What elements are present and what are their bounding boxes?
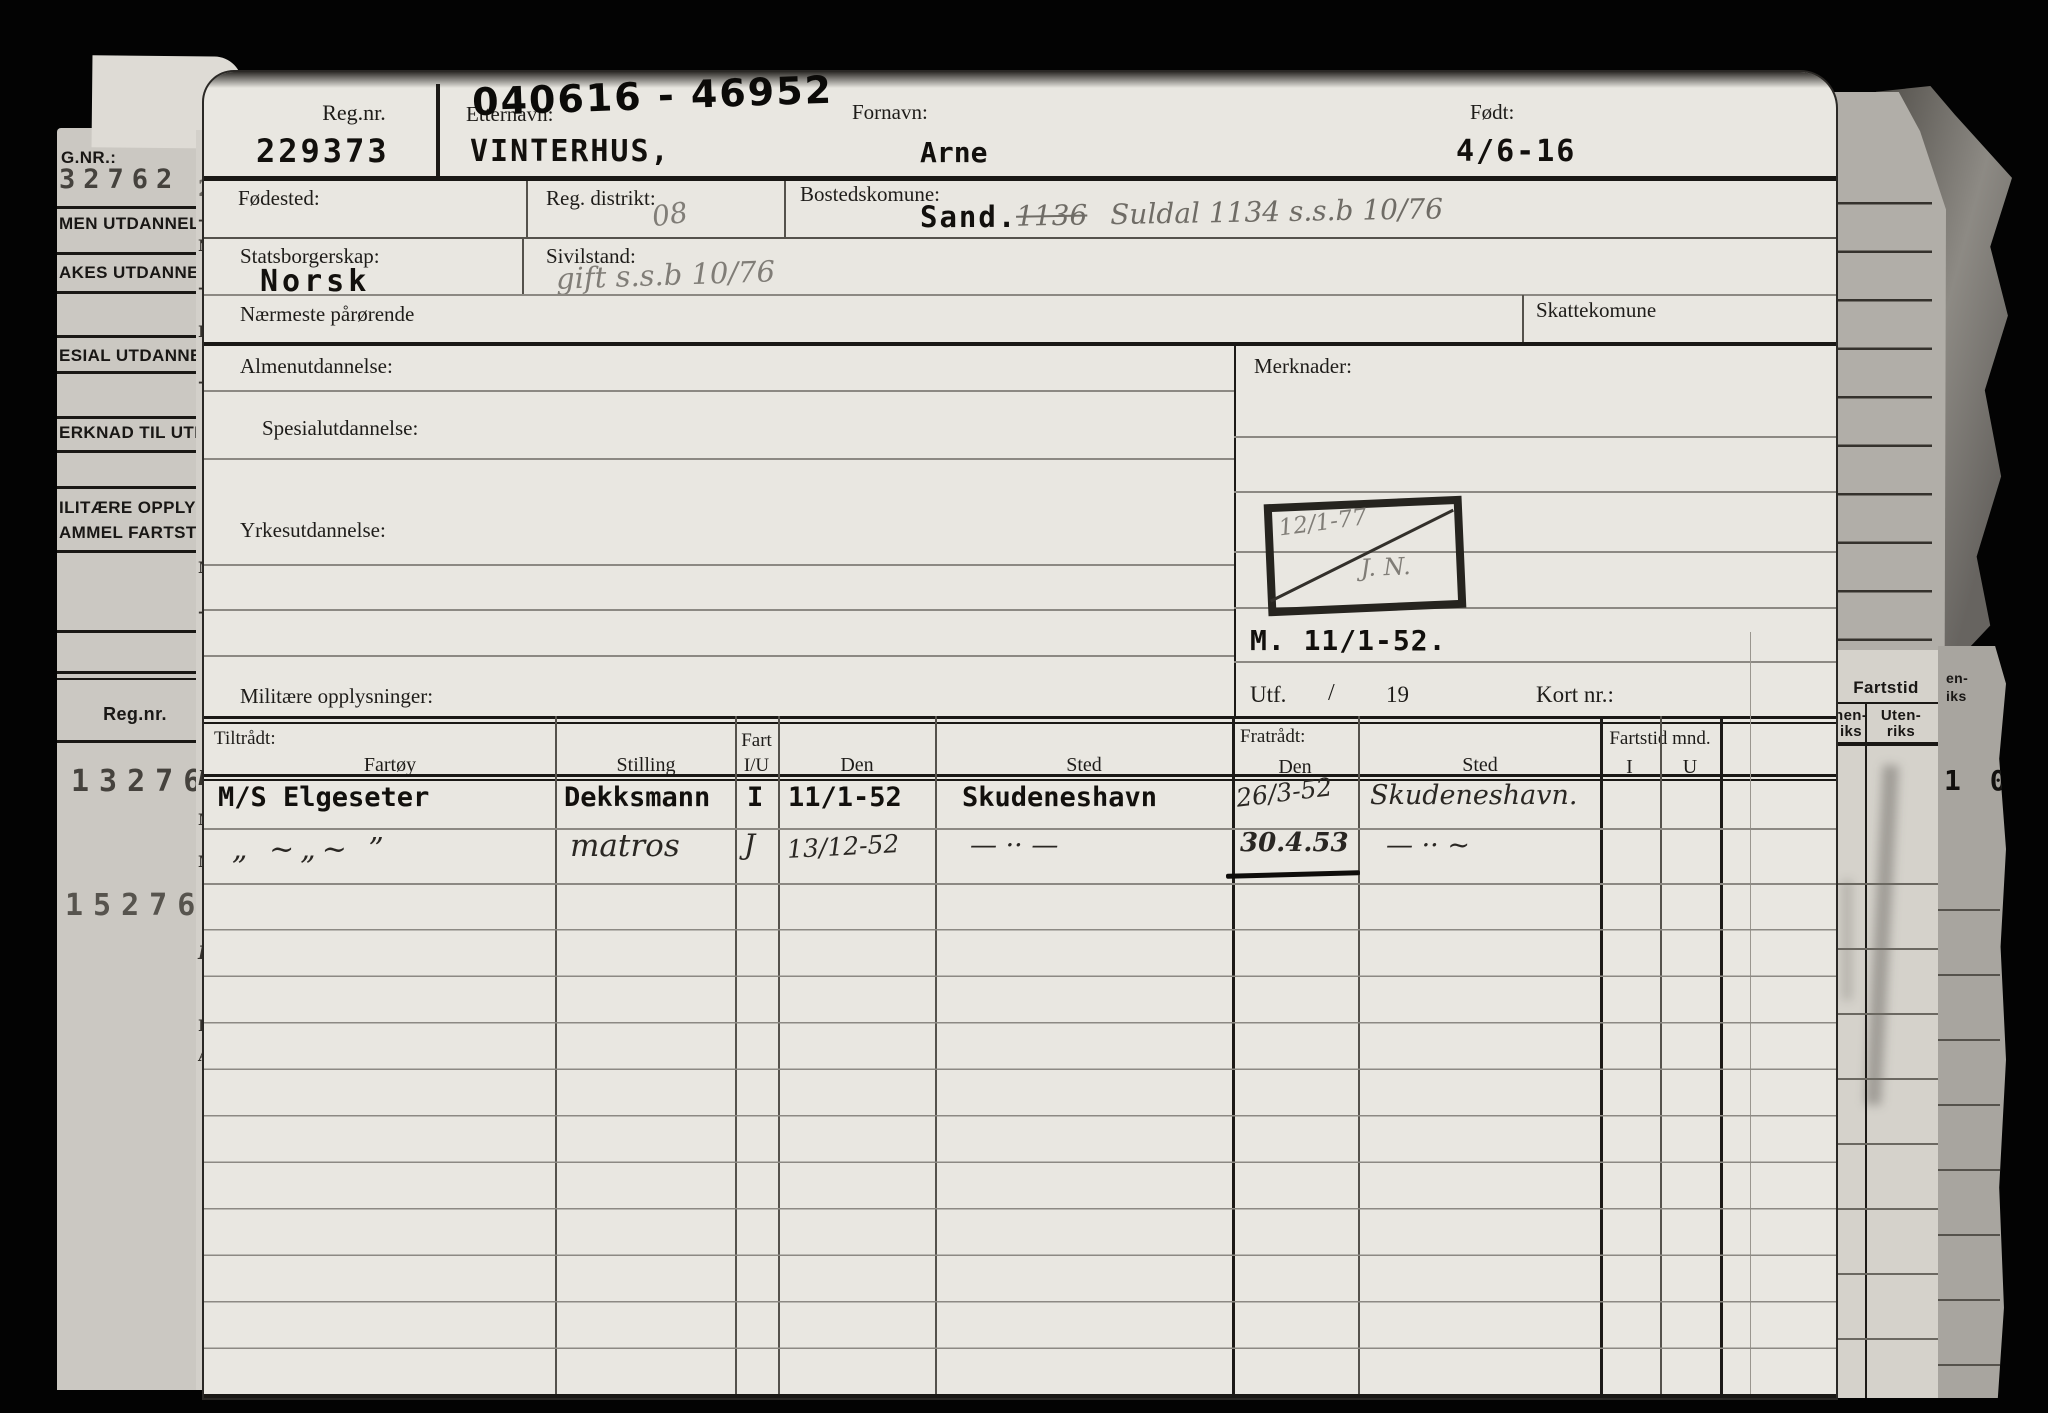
utf-label: Utf. xyxy=(1250,682,1286,708)
rule-line xyxy=(57,671,213,674)
cancelled-stamp-box: 12/1-77 J. N. xyxy=(1264,496,1467,617)
parorende-label: Nærmeste pårørende xyxy=(240,302,414,327)
cut-label: MEN UTDANNELS xyxy=(59,214,212,234)
sivilstand-value: gift s.s.b 10/76 xyxy=(555,254,775,296)
column-divider xyxy=(522,238,524,294)
card-bottom-edge xyxy=(204,1394,1836,1398)
struck-number: 1136 xyxy=(1016,198,1088,232)
rule-line xyxy=(204,294,1836,296)
handwritten-overwrite-number: 040616 - 46952 xyxy=(471,72,833,124)
reg-distrikt-label: Reg. distrikt: xyxy=(546,186,656,211)
rule-line xyxy=(1834,742,1938,746)
cut-label: AMMEL FARTSTID: xyxy=(59,523,213,543)
rule-line xyxy=(204,390,1234,392)
rule-line xyxy=(57,450,213,453)
rule-line xyxy=(204,774,1836,777)
cut-label: en- xyxy=(1946,670,1968,686)
yrkesutdannelse-label: Yrkesutdannelse: xyxy=(240,518,386,543)
skattekomune-label: Skattekomune xyxy=(1536,298,1656,323)
utenriks-column-label: Uten- riks xyxy=(1870,708,1932,740)
rule-line xyxy=(204,655,1234,657)
rule-line xyxy=(204,176,1836,181)
underlying-card-left: G.NR.: 32762 MEN UTDANNELS AKES UTDANNEL… xyxy=(57,128,213,1390)
cell-fartoy: „ ~„~ ” xyxy=(232,832,390,867)
column-divider xyxy=(1522,295,1524,343)
almenutdannelse-label: Almenutdannelse: xyxy=(240,354,393,379)
rule-line xyxy=(57,291,213,294)
merknad-entry: M. 11/1-52. xyxy=(1250,624,1446,657)
cell-fart: J xyxy=(744,828,755,861)
rule-line xyxy=(57,335,213,338)
fart-column-header: Fart xyxy=(735,730,778,752)
ruled-lines xyxy=(1834,820,1938,1398)
rule-line xyxy=(204,779,1836,781)
stamp-number: 15276 xyxy=(65,888,205,923)
fodt-label: Født: xyxy=(1470,100,1514,125)
ruled-lines xyxy=(1938,846,2000,1398)
seaman-register-card: Reg.nr. 229373 Etternavn: 040616 - 46952… xyxy=(204,72,1836,1398)
rule-line xyxy=(1834,702,1938,704)
cut-label: AKES UTDANNELSE xyxy=(59,263,213,283)
rule-line xyxy=(204,237,1836,239)
regnr-label: Reg.nr. xyxy=(57,704,213,725)
underlying-card-fartstid: Fartstid nen- iks Uten- riks xyxy=(1834,650,1938,1398)
rule-line xyxy=(204,458,1234,460)
cell-fartoy: M/S Elgeseter xyxy=(218,782,429,813)
cell-den: 13/12-52 xyxy=(786,829,900,864)
utf-slash: / xyxy=(1328,680,1335,707)
cut-label: iks xyxy=(1946,688,1967,704)
stamp-initials: J. N. xyxy=(1360,552,1411,582)
stamp-number: 13276 xyxy=(71,764,211,799)
stamp-date: 12/1-77 xyxy=(1277,504,1368,541)
rule-line xyxy=(57,550,213,553)
rule-line xyxy=(204,609,1234,611)
cell-fratradt-den: 30.4.53 xyxy=(1240,828,1349,858)
fodt-value: 4/6-16 xyxy=(1456,134,1576,169)
rule-line xyxy=(204,716,1836,719)
cut-label: ESIAL UTDANNELS xyxy=(59,346,213,366)
rule-line xyxy=(204,564,1234,566)
tiltradt-label: Tiltrådt: xyxy=(214,728,276,750)
hand-drawn-underline xyxy=(1226,870,1360,879)
utf-year: 19 xyxy=(1386,682,1409,708)
rule-line xyxy=(57,630,213,633)
fartstid-header: Fartstid xyxy=(1834,678,1938,698)
rule-line xyxy=(1234,661,1836,663)
rule-line xyxy=(57,678,213,680)
cell-stilling: Dekksmann xyxy=(564,782,710,813)
column-divider xyxy=(526,181,528,237)
cut-label: ERKNAD TIL UTDA xyxy=(59,423,213,443)
fornavn-value: Arne xyxy=(920,136,987,169)
rule-line xyxy=(57,416,213,419)
rule-line xyxy=(204,342,1836,346)
bostedskomune-label: Bostedskomune: xyxy=(800,182,940,207)
rule-line xyxy=(57,252,213,255)
spesialutdannelse-label: Spesialutdannelse: xyxy=(262,416,418,441)
cell-stilling: matros xyxy=(570,828,680,864)
rule-line xyxy=(57,371,213,374)
cell-fart: I xyxy=(747,782,763,813)
reg-distrikt-value: 08 xyxy=(650,196,690,234)
rule-line xyxy=(1234,491,1836,493)
rule-line xyxy=(57,206,213,209)
column-divider xyxy=(784,181,786,237)
regnr-value: 229373 xyxy=(256,132,390,170)
cut-label: ILITÆRE OPPLYSNI xyxy=(59,498,213,518)
rule-line xyxy=(57,486,213,489)
underlying-card-fragment: en- iks 1 0 xyxy=(1938,646,2006,1398)
fodested-label: Fødested: xyxy=(238,186,320,211)
rule-line xyxy=(57,740,213,743)
etternavn-value: VINTERHUS, xyxy=(470,134,671,169)
scanned-card-stack: en- iks 1 0 Fartstid nen- iks Uten- riks… xyxy=(0,0,2048,1413)
note-text: Suldal 1134 s.s.b 10/76 xyxy=(1110,192,1443,231)
bosted-handwritten-note: 1136 Suldal 1134 s.s.b 10/76 xyxy=(1016,192,1444,232)
rule-line xyxy=(1234,436,1836,438)
rule-line xyxy=(204,722,1836,724)
merknader-label: Merknader: xyxy=(1254,354,1352,379)
fornavn-label: Fornavn: xyxy=(852,100,928,125)
stamp-number: 1 0 xyxy=(1944,764,2013,797)
cell-fratradt-sted: — ·· ~ xyxy=(1386,830,1470,861)
innenriks-column-label: nen- iks xyxy=(1834,708,1862,740)
militare-label: Militære opplysninger: xyxy=(240,684,433,709)
cell-sted: Skudeneshavn xyxy=(962,782,1157,813)
regnr-label: Reg.nr. xyxy=(264,100,444,126)
header-divider xyxy=(436,84,440,178)
cell-den: 11/1-52 xyxy=(788,782,902,813)
kortnr-label: Kort nr.: xyxy=(1536,682,1614,708)
empty-table-rows xyxy=(204,884,1836,1398)
cell-fratradt-sted: Skudeneshavn. xyxy=(1370,780,1577,811)
bostedskomune-value: Sand. xyxy=(920,200,1017,234)
stamp-number: 32762 xyxy=(59,164,180,195)
fratradt-label: Fratrådt: xyxy=(1240,726,1305,748)
cell-sted: — ·· — xyxy=(970,830,1058,861)
